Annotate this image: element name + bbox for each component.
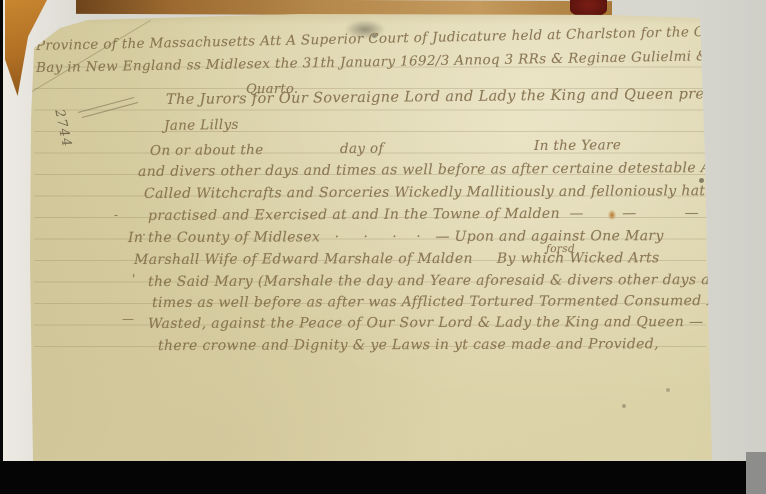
manuscript-line: forsd bbox=[546, 243, 575, 255]
backdrop-bottom bbox=[0, 461, 766, 494]
manuscript-line: On or about the bbox=[150, 142, 264, 159]
manuscript-line: there crowne and Dignity & ye Laws in yt… bbox=[158, 336, 659, 354]
manuscript-line: Called Witchcrafts and Sorceries Wickedl… bbox=[144, 183, 754, 202]
manuscript-line: times as well before as after was Afflic… bbox=[152, 293, 748, 311]
manuscript-line: Jane Lillys bbox=[164, 117, 239, 134]
manuscript-line: In the Yeare bbox=[534, 137, 621, 154]
red-stain bbox=[570, 0, 607, 17]
manuscript-line: In the County of Midlesex · · · · — Upon… bbox=[128, 228, 664, 246]
margin-mark: ' bbox=[132, 272, 136, 286]
gray-surface-patch bbox=[746, 452, 766, 494]
photo-backdrop: 2744 Province of the Massachusetts Att A… bbox=[0, 0, 766, 494]
background-document-edge bbox=[76, 0, 612, 16]
ink-speck bbox=[622, 404, 626, 408]
manuscript-line: Marshall Wife of Edward Marshale of Mald… bbox=[134, 250, 660, 268]
manuscript-line: the Said Mary (Marshale the day and Year… bbox=[148, 272, 729, 290]
margin-mark: - bbox=[114, 208, 118, 222]
manuscript-line: practised and Exercised at and In the To… bbox=[148, 205, 699, 224]
ink-speck bbox=[666, 388, 670, 392]
manuscript-line: Wasted, against the Peace of Our Sovr Lo… bbox=[148, 314, 703, 332]
margin-mark: — bbox=[122, 312, 134, 326]
manuscript-line: day of bbox=[340, 141, 384, 157]
manuscript-sheet: 2744 Province of the Massachusetts Att A… bbox=[0, 0, 766, 494]
margin-mark: ·· bbox=[138, 228, 146, 242]
